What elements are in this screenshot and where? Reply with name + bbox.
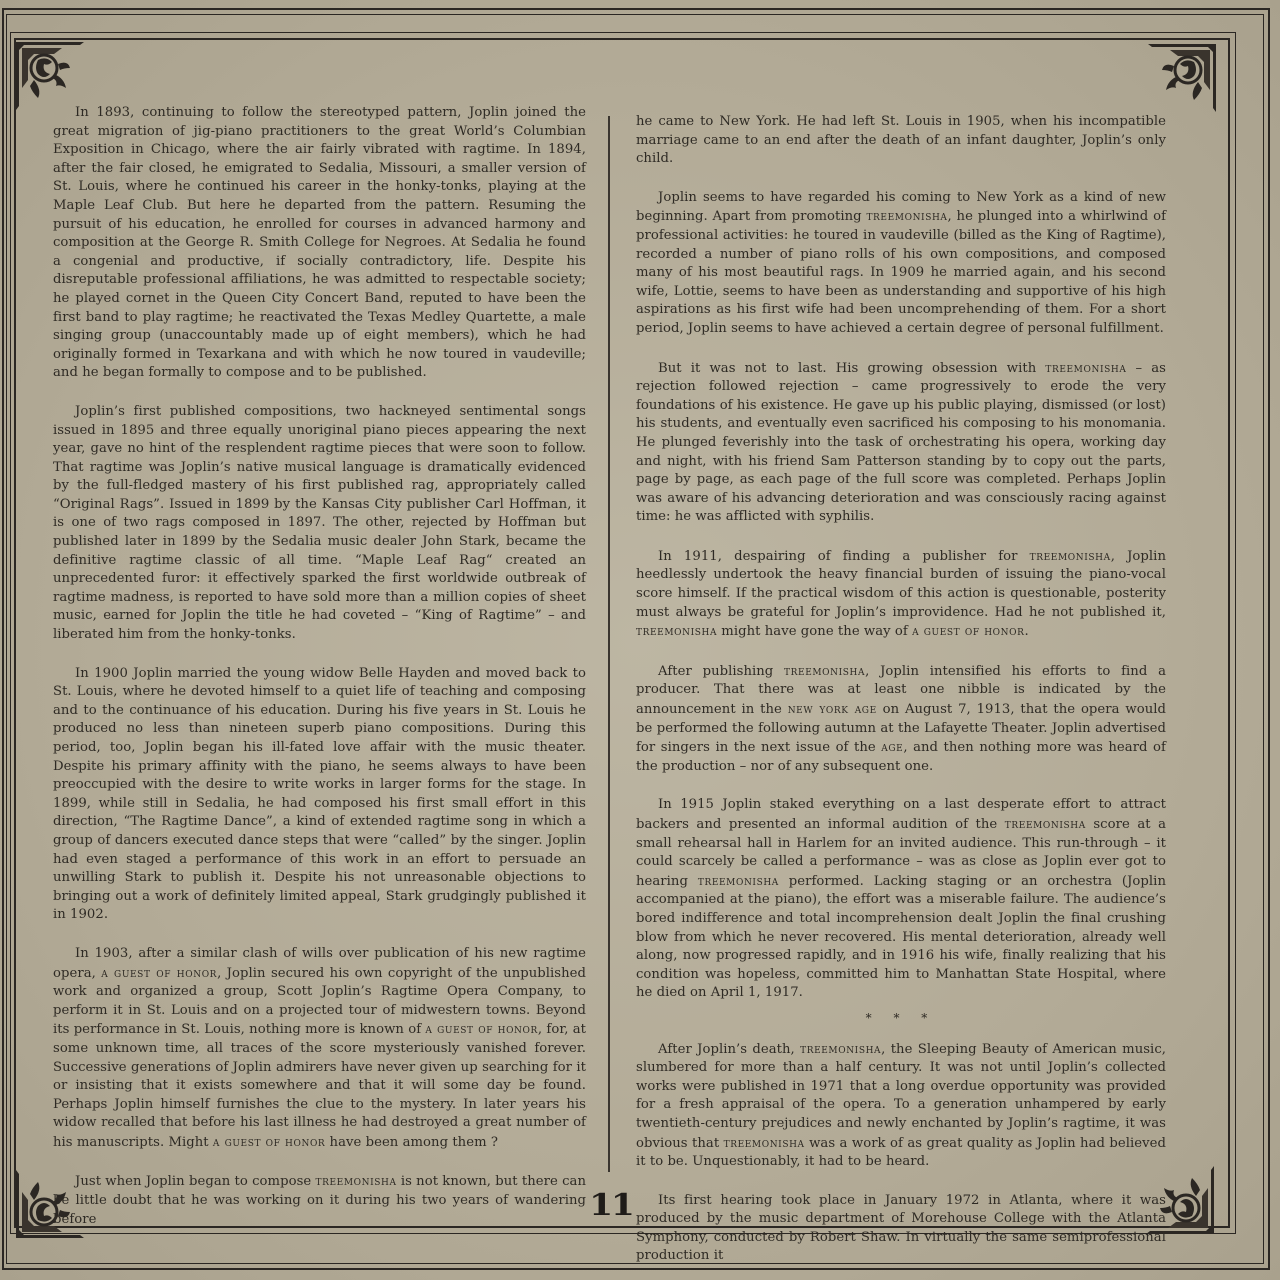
title-treemonisha: Treemonisha	[866, 208, 947, 223]
paragraph-treemonisha-composition: Just when Joplin began to compose Treemo…	[53, 1172, 586, 1229]
title-age: Age	[881, 739, 903, 754]
paragraph-producer-search: After publishing Treemonisha, Joplin int…	[636, 662, 1166, 777]
title-a-guest-of-honor: A Guest of Honor	[425, 1021, 537, 1036]
paragraph-1915-audition: In 1915 Joplin staked everything on a la…	[636, 796, 1166, 1003]
paragraph-first-compositions: Joplin’s first published compositions, t…	[53, 403, 586, 645]
paragraph-1900-st-louis: In 1900 Joplin married the young widow B…	[53, 665, 586, 925]
title-treemonisha: Treemonisha	[1030, 548, 1111, 563]
title-treemonisha: Treemonisha	[784, 663, 865, 678]
title-new-york-age: New York Age	[788, 701, 877, 716]
corner-ornament-icon	[14, 40, 84, 110]
title-a-guest-of-honor: A Guest of Honor	[101, 965, 217, 980]
paragraph-new-beginning: Joplin seems to have regarded his coming…	[636, 189, 1166, 339]
title-a-guest-of-honor: A Guest of Honor	[213, 1134, 325, 1149]
title-treemonisha: Treemonisha	[698, 873, 779, 888]
title-treemonisha: Treemonisha	[800, 1041, 881, 1056]
title-treemonisha: Treemonisha	[1045, 360, 1126, 375]
column-divider-rule	[608, 116, 610, 1172]
section-break-asterisks: * * *	[636, 1009, 1166, 1028]
paragraph-obsession: But it was not to last. His growing obse…	[636, 359, 1166, 527]
title-treemonisha: Tree­monisha	[724, 1135, 805, 1150]
paragraph-first-hearing-1972: Its first hearing took place in January …	[636, 1192, 1166, 1266]
page-number: 11	[589, 1188, 632, 1223]
floral-scroll-icon	[14, 40, 84, 110]
paragraph-1893-sedalia: In 1893, continuing to follow the stereo…	[53, 104, 586, 383]
paragraph-continued-new-york: he came to New York. He had left St. Lou…	[636, 113, 1166, 169]
corner-ornament-icon	[1148, 42, 1218, 112]
paragraph-1903-guest-of-honor: In 1903, after a similar clash of wills …	[53, 945, 586, 1153]
left-text-column: In 1893, continuing to follow the stereo…	[53, 104, 586, 1229]
floral-scroll-icon	[1148, 42, 1218, 112]
title-treemonisha: Treemonisha	[316, 1173, 397, 1188]
title-treemonisha: Treemonisha	[1005, 816, 1086, 831]
title-treemonisha: Treemonisha	[636, 623, 717, 638]
title-a-guest-of-honor: A Guest of Honor	[912, 623, 1024, 638]
paragraph-1911-publishing: In 1911, despairing of finding a publish…	[636, 547, 1166, 642]
right-text-column: he came to New York. He had left St. Lou…	[636, 113, 1166, 1266]
paragraph-after-death: After Joplin’s death, Treemonisha, the S…	[636, 1040, 1166, 1172]
